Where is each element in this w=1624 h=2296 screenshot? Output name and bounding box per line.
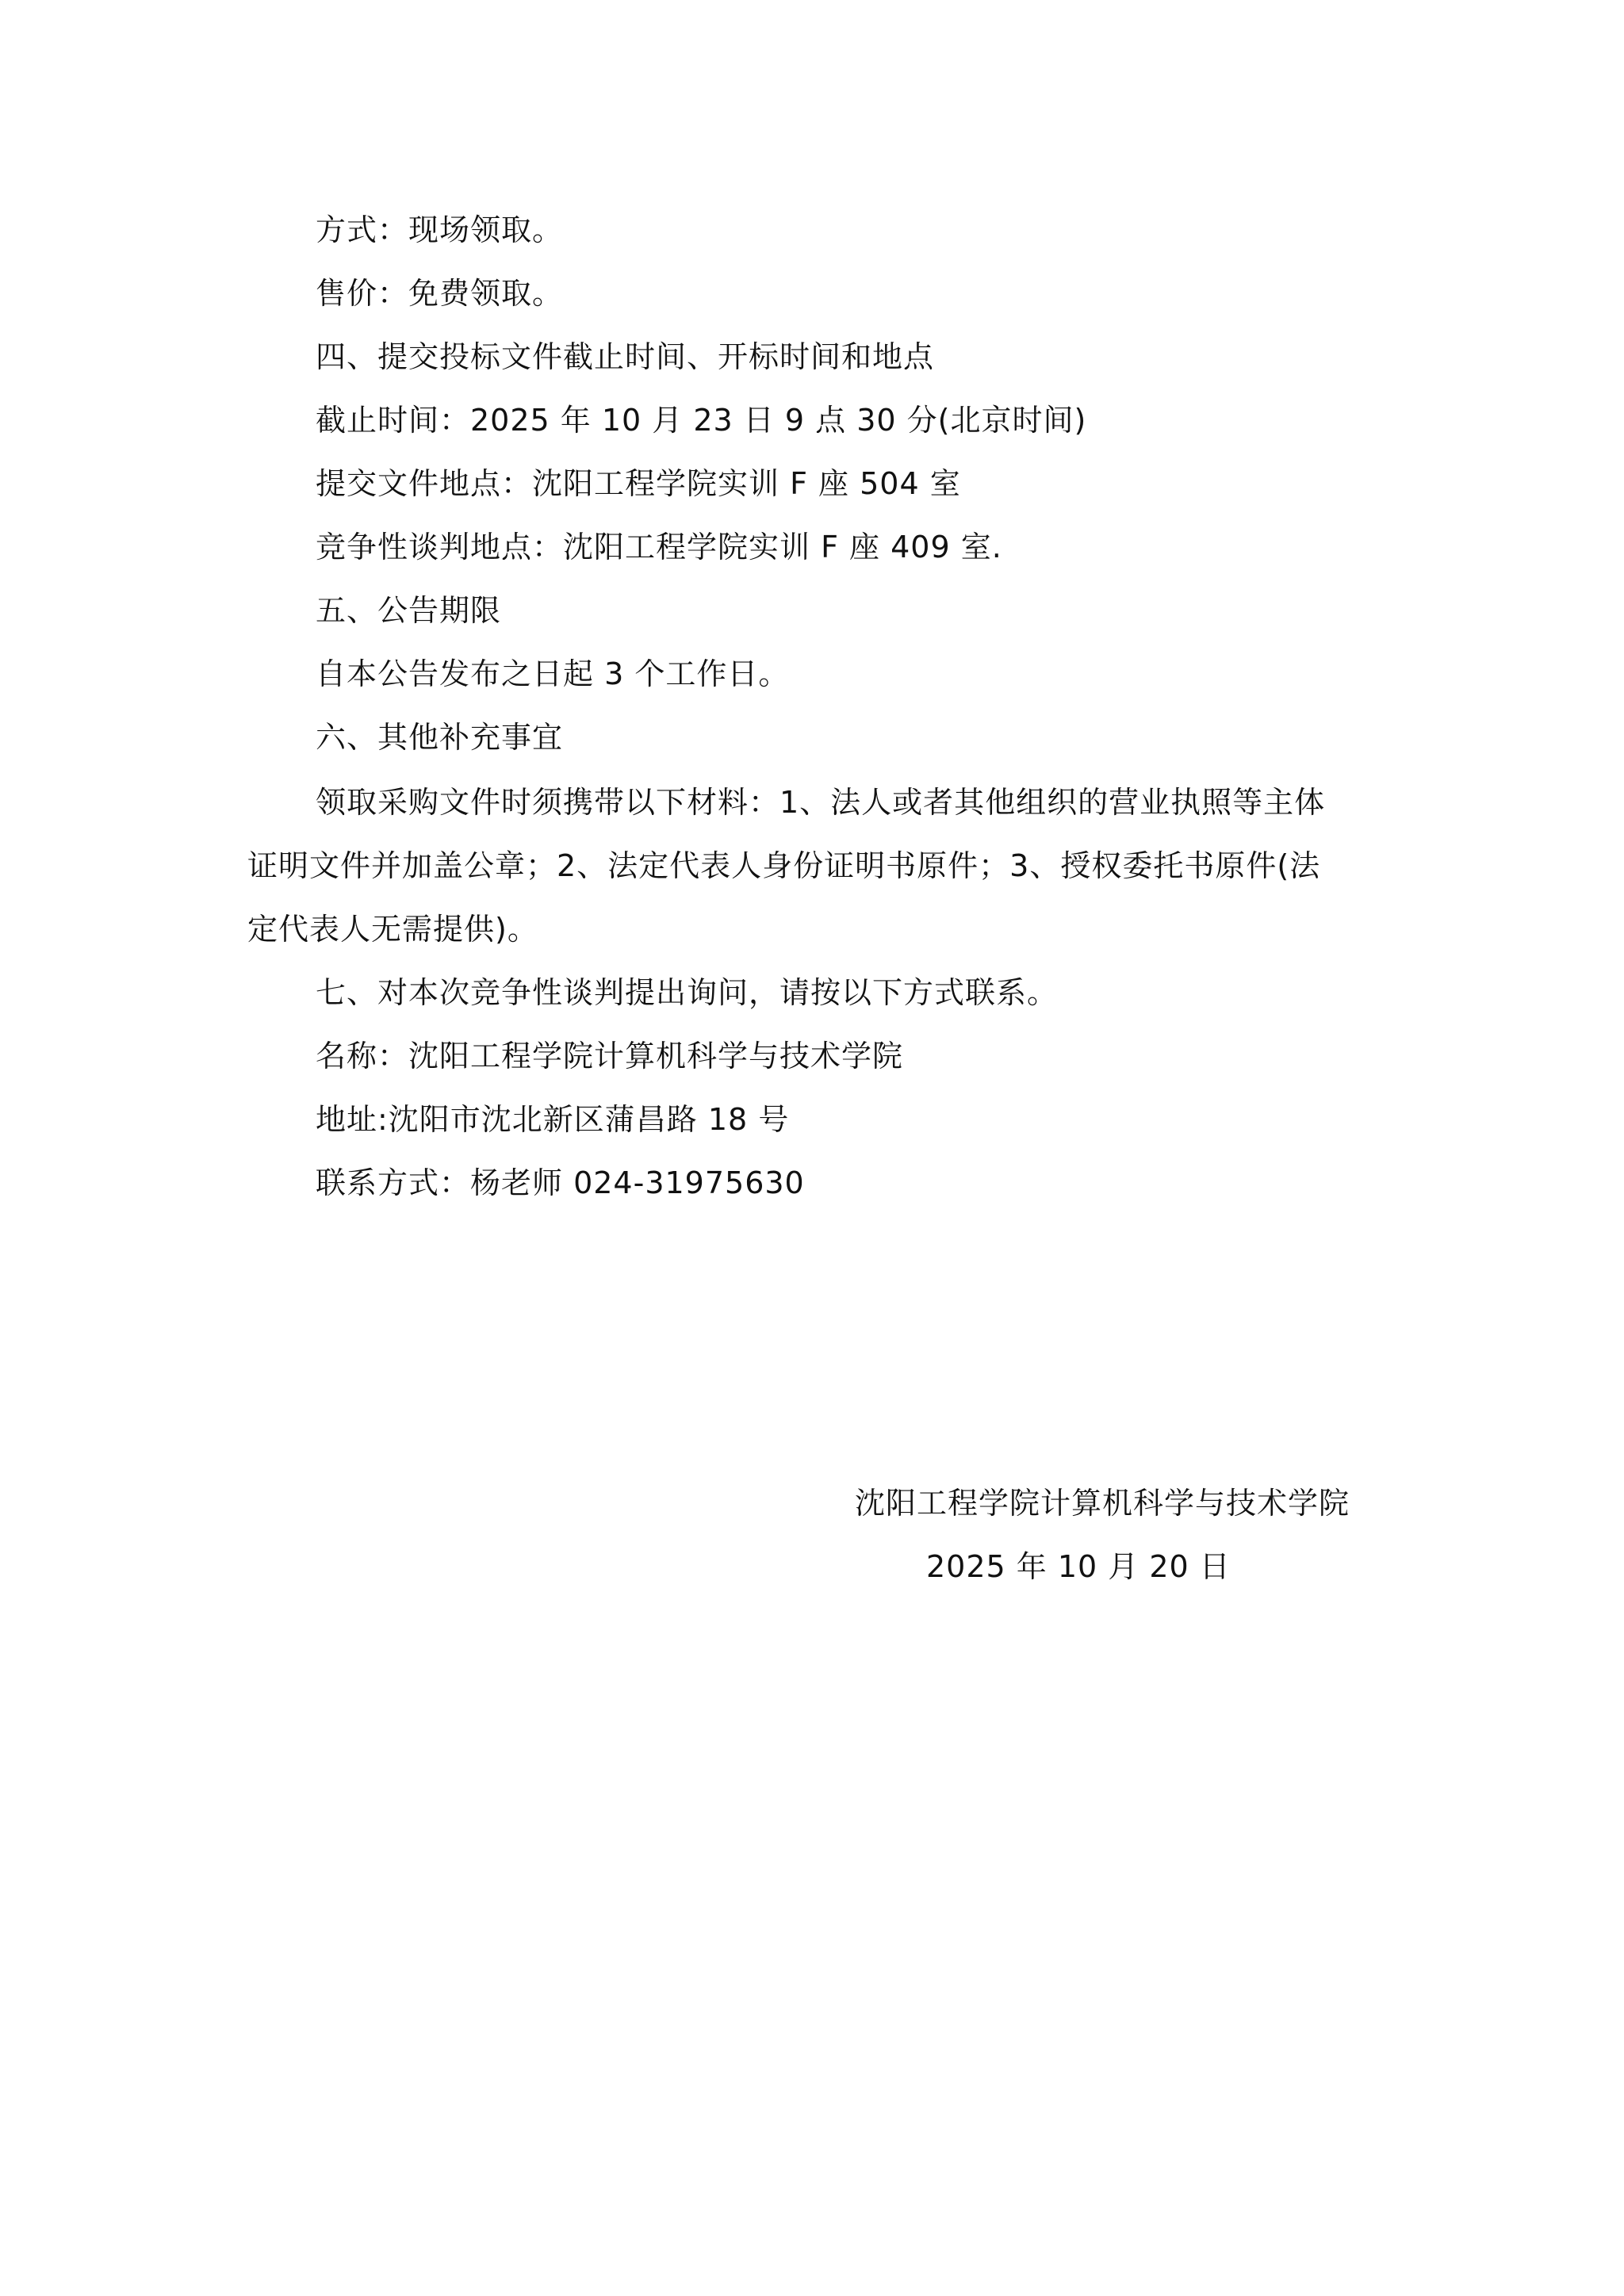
section-heading-6: 六、其他补充事宜 — [316, 718, 563, 756]
deadline-time: 截止时间：2025 年 10 月 23 日 9 点 30 分(北京时间) — [316, 401, 1086, 439]
section-heading-7: 七、对本次竞争性谈判提出询问，请按以下方式联系。 — [316, 974, 1058, 1012]
announcement-period: 自本公告发布之日起 3 个工作日。 — [316, 655, 789, 693]
contact-phone: 联系方式：杨老师 024-31975630 — [316, 1164, 805, 1202]
negotiation-location: 竞争性谈判地点：沈阳工程学院实训 F 座 409 室. — [316, 528, 1002, 566]
contact-name: 名称：沈阳工程学院计算机科学与技术学院 — [316, 1037, 903, 1075]
collection-method: 方式：现场领取。 — [316, 211, 563, 249]
price-info: 售价：免费领取。 — [316, 274, 563, 312]
materials-paragraph-line-2: 证明文件并加盖公章；2、法定代表人身份证明书原件；3、授权委托书原件(法 — [247, 847, 1320, 885]
document-page: 方式：现场领取。 售价：免费领取。 四、提交投标文件截止时间、开标时间和地点 截… — [0, 0, 1624, 2296]
materials-paragraph-line-1: 领取采购文件时须携带以下材料：1、法人或者其他组织的营业执照等主体 — [316, 783, 1325, 821]
section-heading-5: 五、公告期限 — [316, 591, 501, 629]
signature-organization: 沈阳工程学院计算机科学与技术学院 — [855, 1484, 1350, 1522]
materials-paragraph-line-3: 定代表人无需提供)。 — [247, 910, 538, 948]
contact-address: 地址:沈阳市沈北新区蒲昌路 18 号 — [316, 1100, 789, 1138]
section-heading-4: 四、提交投标文件截止时间、开标时间和地点 — [316, 338, 934, 376]
signature-date: 2025 年 10 月 20 日 — [926, 1548, 1231, 1586]
submission-location: 提交文件地点：沈阳工程学院实训 F 座 504 室 — [316, 465, 961, 503]
